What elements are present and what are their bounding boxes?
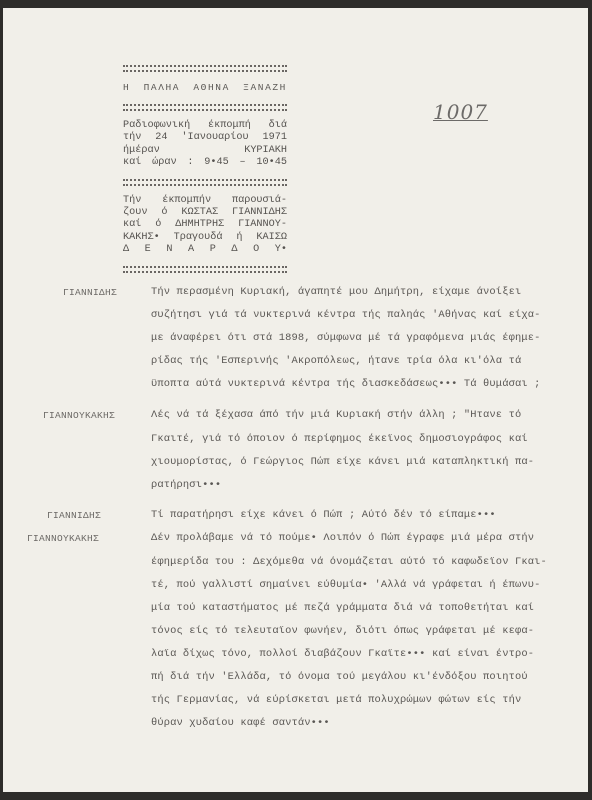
dialogue-line: πή διά τήν 'Ελλάδα, τό όνομα τού μεγάλου… — [151, 671, 528, 683]
broadcast-info: Ραδιοφωνική έκπομπή διά τήν 24 'Ιανουαρί… — [123, 120, 287, 170]
typewritten-page: 1007 Η ΠΑΛΗΑ ΑΘΗΝΑ ΞΑΝΑΖΗ Ραδιοφωνική έκ… — [3, 8, 588, 792]
speaker-name: ΓΙΑΝΝΙΔΗΣ — [47, 510, 101, 521]
presenters-line: καί ό ΔΗΜΗΤΡΗΣ ΓΙΑΝΝΟΥ- — [123, 219, 287, 231]
dialogue-line: μία τού καταστήματος μέ πεζά γράμματα δι… — [151, 602, 534, 614]
broadcast-info-line: ήμέραν ΚΥΡΙΑΚΗ — [123, 145, 287, 157]
dialogue-line: θύραν χυδαίου καφέ σαντάν••• — [151, 717, 330, 729]
program-title: Η ΠΑΛΗΑ ΑΘΗΝΑ ΞΑΝΑΖΗ — [123, 82, 287, 93]
broadcast-info-line: Ραδιοφωνική έκπομπή διά — [123, 120, 287, 132]
speaker-name: ΓΙΑΝΝΟΥΚΑΚΗΣ — [43, 410, 115, 421]
dialogue-line: τόνος είς τό τελευταϊον φωνήεν, διότι όπ… — [151, 625, 534, 637]
handwritten-page-number: 1007 — [433, 100, 488, 124]
presenters-line: ΚΑΚΗΣ• Τραγουδά ή ΚΑΙΣΩ — [123, 232, 287, 244]
separator-rule — [123, 179, 287, 186]
dialogue-line: με άναφέρει ότι στά 1898, σύμφωνα μέ τά … — [151, 332, 541, 344]
dialogue-line: Δέν προλάβαμε νά τό πούμε• Λοιπόν ό Πώπ … — [151, 532, 534, 544]
dialogue-line: ρίδας τής 'Εσπερινής 'Ακροπόλεως, ήτανε … — [151, 355, 521, 367]
dialogue-line: συζήτησι γιά τά νυκτερινά κέντρα τής παλ… — [151, 309, 541, 321]
presenters-info: Τήν έκπομπήν παρουσιά- ζουν ό ΚΩΣΤΑΣ ΓΙΑ… — [123, 195, 287, 257]
separator-rule — [123, 65, 287, 72]
speaker-name: ΓΙΑΝΝΙΔΗΣ — [63, 287, 117, 298]
dialogue-line: τέ, πού γαλλιστί σημαίνει εύθυμία• 'Αλλά… — [151, 579, 541, 591]
presenters-line: Δ Ε Ν Α Ρ Δ Ο Υ• — [123, 244, 287, 256]
separator-rule — [123, 266, 287, 273]
presenters-line: ζουν ό ΚΩΣΤΑΣ ΓΙΑΝΝΙΔΗΣ — [123, 207, 287, 219]
program-header-box: Η ΠΑΛΗΑ ΑΘΗΝΑ ΞΑΝΑΖΗ Ραδιοφωνική έκπομπή… — [123, 65, 287, 273]
dialogue-line: χιουμορίστας, ό Γεώργιος Πώπ είχε κάνει … — [151, 456, 534, 468]
dialogue-line: Τήν περασμένη Κυριακή, άγαπητέ μου Δημήτ… — [151, 286, 521, 298]
broadcast-info-line: καί ώραν : 9•45 – 10•45 — [123, 157, 287, 169]
dialogue-line: τής Γερμανίας, νά εύρίσκεται μετά πολυχρ… — [151, 694, 521, 706]
dialogue-line: έφημερίδα του : Δεχόμεθα νά όνομάζεται α… — [151, 556, 547, 568]
dialogue-line: ρατήρησι••• — [151, 479, 221, 491]
dialogue-line: λαϊα δίχως τόνο, πολλοί διαβάζουν Γκαϊτε… — [151, 648, 534, 660]
dialogue-line: Τί παρατήρησι είχε κάνει ό Πώπ ; Αύτό δέ… — [151, 509, 496, 521]
separator-rule — [123, 104, 287, 111]
speaker-name: ΓΙΑΝΝΟΥΚΑΚΗΣ — [27, 533, 99, 544]
dialogue-line: ϋποπτα αύτά νυκτερινά κέντρα τής διασκεδ… — [151, 378, 541, 390]
dialogue-line: Λές νά τά ξέχασα άπό τήν μιά Κυριακή στή… — [151, 409, 521, 421]
broadcast-info-line: τήν 24 'Ιανουαρίου 1971 — [123, 132, 287, 144]
presenters-line: Τήν έκπομπήν παρουσιά- — [123, 195, 287, 207]
dialogue-line: Γκαιτέ, γιά τό όποιον ό περίφημος έκεϊνο… — [151, 433, 528, 445]
